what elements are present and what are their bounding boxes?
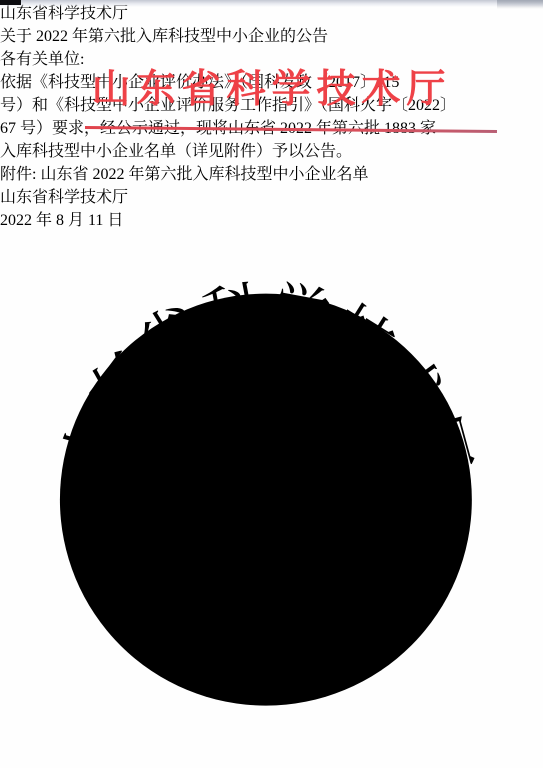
seal-star-icon: ★ [239,514,293,580]
body-line: 67 号）要求，经公示通过，现将山东省 2022 年第六批 1883 家 [0,115,543,138]
scan-corner-artifact [0,0,21,5]
scanned-document-page: 山东省科学技术厅 山东省科学技术厅 关于 2022 年第六批入库科技型中小企业的… [0,0,543,768]
signature-date: 2022 年 8 月 11 日 [0,207,543,230]
letterhead-org-name: 山东省科学技术厅 [0,58,543,114]
official-seal-stamp: 山东省科学技术厅 ★ [0,230,543,768]
attachment-line: 附件: 山东省 2022 年第六批入库科技型中小企业名单 [0,161,543,184]
document-title-line2: 关于 2022 年第六批入库科技型中小企业的公告 [0,23,543,46]
signature-block: 山东省科学技术厅 2022 年 8 月 11 日 [0,184,543,230]
scan-corner-shade [497,0,543,9]
body-line: 入库科技型中小企业名单（详见附件）予以公告。 [0,138,543,161]
signature-org: 山东省科学技术厅 [0,184,543,207]
scan-edge-shadow [0,0,543,7]
footer-divider-line [78,702,488,705]
